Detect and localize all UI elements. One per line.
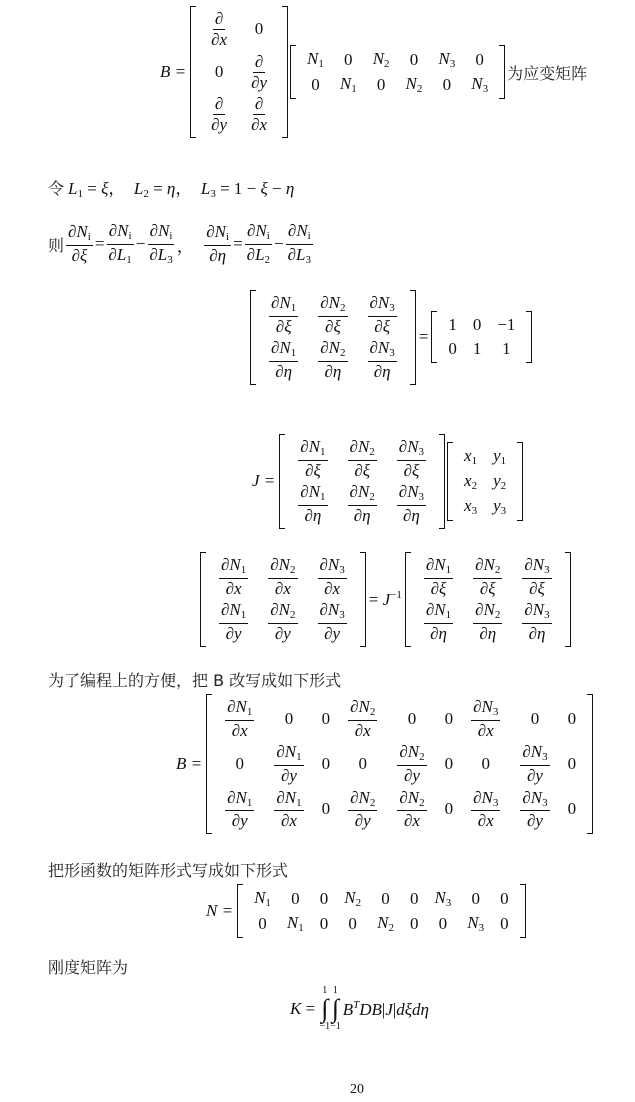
- paragraph-shape-function-matrix: 把形函数的矩阵形式写成如下形式: [48, 858, 288, 881]
- let-prefix: 令: [48, 176, 64, 199]
- constant-matrix: 10−1 011: [431, 311, 532, 363]
- strain-matrix-equation: B = ∂∂x0 0∂∂y ∂∂y∂∂x N10N20N30 0N10N20N3…: [160, 6, 587, 138]
- b-matrix-3x9-equation: B = ∂N1∂x 00 ∂N2∂x 00 ∂N3∂x 00 0 ∂N1∂y 0…: [176, 694, 593, 834]
- paragraph-stiffness-matrix: 刚度矩阵为: [48, 955, 128, 978]
- then-prefix: 则: [48, 233, 64, 256]
- eq1-lhs: B =: [160, 62, 186, 82]
- area-coordinate-definition: 令 L1 = ξ， L2 = η， L3 = 1 − ξ − η: [48, 174, 294, 200]
- integral-sign: 1 ∫ −1: [330, 986, 341, 1032]
- jacobian-equation: J = ∂N1∂ξ ∂N2∂ξ ∂N3∂ξ ∂N1∂η ∂N2∂η ∂N3∂η …: [252, 434, 523, 529]
- natural-derivative-matrix-equation: ∂N1∂ξ ∂N2∂ξ ∂N3∂ξ ∂N1∂η ∂N2∂η ∂N3∂η = 10…: [250, 290, 532, 385]
- strain-matrix-caption: 为应变矩阵: [507, 61, 587, 84]
- integral-sign: 1 ∫ −1: [319, 986, 330, 1032]
- stiffness-integral-equation: K = 1 ∫ −1 1 ∫ −1 BTDB|J|dξdη: [290, 986, 429, 1032]
- chain-rule-derivatives: 则 ∂Ni∂ξ = ∂Ni∂L1 − ∂Ni∂L3， ∂Ni∂η = ∂Ni∂L…: [48, 222, 315, 266]
- jacobian-lhs: J =: [252, 471, 275, 491]
- n-matrix-equation: N = N100N200N300 0N100N200N30: [206, 884, 526, 938]
- shape-function-matrix-2x6: N10N20N30 0N10N20N3: [290, 45, 505, 99]
- paragraph-rewrite-b: 为了编程上的方便，把 B 改写成如下形式: [48, 668, 341, 691]
- operator-matrix: ∂∂x0 0∂∂y ∂∂y∂∂x: [190, 6, 288, 138]
- global-derivative-equation: ∂N1∂x ∂N2∂x ∂N3∂x ∂N1∂y ∂N2∂y ∂N3∂y = J−…: [200, 552, 571, 647]
- page-number: 20: [350, 1082, 364, 1098]
- node-coordinate-matrix: x1y1 x2y2 x3y3: [447, 442, 523, 521]
- b-matrix-3x9: ∂N1∂x 00 ∂N2∂x 00 ∂N3∂x 00 0 ∂N1∂y 00 ∂N…: [206, 694, 593, 834]
- n-matrix-2x9: N100N200N300 0N100N200N30: [237, 884, 526, 938]
